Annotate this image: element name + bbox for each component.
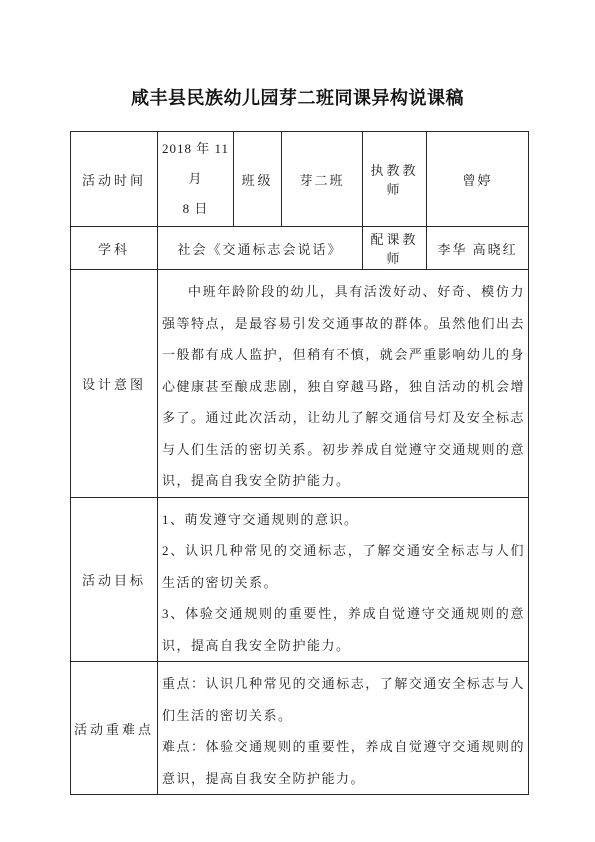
key-points-content: 重点：认识几种常见的交通标志，了解交通安全标志与人们生活的密切关系。 难点：体验…	[158, 662, 529, 795]
key-point-item-2: 难点：体验交通规则的重要性，养成自觉遵守交通规则的意识，提高自我安全防护能力。	[162, 731, 525, 794]
co-teacher-label: 配课教师	[363, 227, 427, 270]
goal-item-3: 3、体验交通规则的重要性，养成自觉遵守交通规则的意识，提高自我安全防护能力。	[162, 598, 525, 661]
table-row-basic-info-2: 学科 社会《交通标志会说话》 配课教师 李华 高晓红	[71, 227, 529, 270]
lead-teacher-value: 曾婷	[427, 132, 529, 227]
table-row-basic-info-1: 活动时间 2018 年 11 月 8 日 班级 芽二班 执教教师 曾婷	[71, 132, 529, 227]
subject-value: 社会《交通标志会说话》	[158, 227, 363, 270]
lead-teacher-label: 执教教师	[363, 132, 427, 227]
co-teacher-value: 李华 高晓红	[427, 227, 529, 270]
goals-label: 活动目标	[71, 497, 158, 662]
table-row-design-intent: 设计意图 中班年龄阶段的幼儿，具有活泼好动、好奇、模仿力强等特点，是最容易引发交…	[71, 270, 529, 498]
goal-item-2: 2、认识几种常见的交通标志，了解交通安全标志与人们生活的密切关系。	[162, 535, 525, 598]
table-row-goals: 活动目标 1、萌发遵守交通规则的意识。 2、认识几种常见的交通标志，了解交通安全…	[71, 497, 529, 662]
class-value: 芽二班	[282, 132, 363, 227]
goals-content: 1、萌发遵守交通规则的意识。 2、认识几种常见的交通标志，了解交通安全标志与人们…	[158, 497, 529, 662]
key-points-label: 活动重难点	[71, 662, 158, 795]
class-label: 班级	[234, 132, 282, 227]
goal-item-1: 1、萌发遵守交通规则的意识。	[162, 504, 525, 536]
design-intent-paragraph: 中班年龄阶段的幼儿，具有活泼好动、好奇、模仿力强等特点，是最容易引发交通事故的群…	[162, 276, 525, 497]
lesson-plan-table: 活动时间 2018 年 11 月 8 日 班级 芽二班 执教教师 曾婷 学科 社…	[70, 131, 529, 795]
design-intent-label: 设计意图	[71, 270, 158, 498]
activity-time-label: 活动时间	[71, 132, 158, 227]
activity-date-line1: 2018 年 11 月	[159, 134, 232, 194]
activity-date-line2: 8 日	[159, 194, 232, 224]
document-page: 咸丰县民族幼儿园芽二班同课异构说课稿 活动时间 2018 年 11 月 8 日 …	[0, 0, 595, 842]
design-intent-content: 中班年龄阶段的幼儿，具有活泼好动、好奇、模仿力强等特点，是最容易引发交通事故的群…	[158, 270, 529, 498]
key-point-item-1: 重点：认识几种常见的交通标志，了解交通安全标志与人们生活的密切关系。	[162, 668, 525, 731]
page-title: 咸丰县民族幼儿园芽二班同课异构说课稿	[0, 0, 595, 110]
table-row-key-points: 活动重难点 重点：认识几种常见的交通标志，了解交通安全标志与人们生活的密切关系。…	[71, 662, 529, 795]
subject-label: 学科	[71, 227, 158, 270]
activity-time-value: 2018 年 11 月 8 日	[158, 132, 234, 227]
